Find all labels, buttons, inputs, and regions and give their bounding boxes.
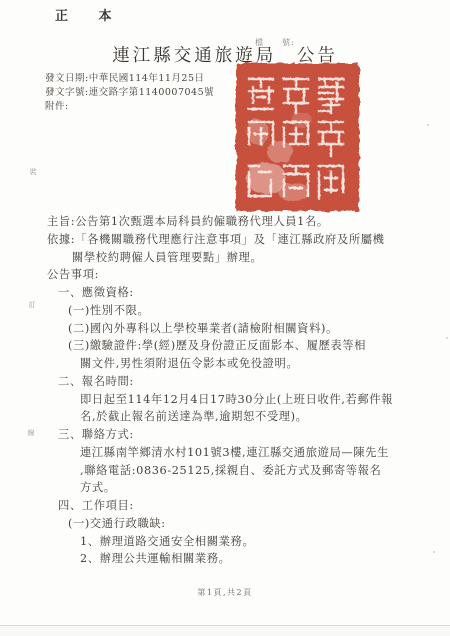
body-line-item1-3-cont: 關文件,男性須附退伍令影本或免役證明。 [47,355,425,373]
document-page: 正 本 檔 號: 保存年限: 連江縣交通旅遊局 公告 發文日期:中華民國114年… [0,0,450,636]
body-line-item3-cont1: ,聯絡電話:0836-25125,採親自、委託方式及郵寄等報名 [47,462,425,480]
issue-date: 發文日期:中華民國114年11月25日 [45,72,214,86]
issue-number: 發文字號:連交路字第1140007045號 [45,86,214,100]
binding-mark-xian: 線 [26,428,36,438]
body-line-item1-1: (一)性別不限。 [47,302,425,320]
page-title: 連江縣交通旅遊局 公告 [0,42,450,67]
body-line-item4-1-2: 2、辦理公共運輸相關業務。 [47,550,425,568]
body-line-item2-cont: 名,於截止報名前送達為準,逾期恕不受理)。 [47,408,425,426]
document-meta: 發文日期:中華民國114年11月25日 發文字號:連交路字第1140007045… [45,72,214,114]
seal-graphic [232,60,363,215]
binding-mark-ding: 訂 [27,300,37,310]
scan-speck [446,337,448,339]
body-line-item4-1: (一)交通行政職缺: [47,515,425,533]
attachment-label: 附件: [45,100,214,114]
body-line-item1-3: (三)繳驗證件:學(經)歷及身份證正反面影本、履歷表等相 [47,337,425,355]
page-number: 第1頁,共2頁 [0,587,450,598]
binding-mark-zhuang: 裝 [28,167,38,177]
scan-speck [427,124,429,126]
body-line-item1-2: (二)國內外專科以上學校畢業者(請檢附相關資料)。 [47,320,425,338]
body-line-basis-cont: 關學校約聘僱人員管理要點」辦理。 [47,249,425,267]
body-line-item3-text: 連江縣南竿鄉清水村101號3樓,連江縣交通旅遊局—陳先生 [47,444,425,462]
body-line-item3: 三、聯絡方式: [47,426,425,444]
body-line-subject: 主旨:公告第1次甄選本局科員約僱職務代理人員1名。 [47,213,425,231]
body-line-item4-1-1: 1、辦理道路交通安全相關業務。 [47,533,425,551]
body-line-matters: 公告事項: [47,266,425,284]
body-line-item3-cont2: 方式。 [47,479,425,497]
copy-type-label: 正 本 [55,5,125,24]
document-body: 主旨:公告第1次甄選本局科員約僱職務代理人員1名。 依據:「各機關職務代理應行注… [47,213,425,568]
body-line-item4: 四、工作項目: [47,497,425,515]
agency-seal [232,60,363,215]
scan-speck [433,551,435,553]
body-line-item2-text: 即日起至114年12月4日17時30分止(上班日收件,若郵件報 [47,391,425,409]
body-line-item1: 一、應徵資格: [47,284,425,302]
body-line-item2: 二、報名時間: [47,373,425,391]
body-line-basis: 依據:「各機關職務代理應行注意事項」及「連江縣政府及所屬機 [47,231,425,249]
scan-margin-area [0,626,450,636]
